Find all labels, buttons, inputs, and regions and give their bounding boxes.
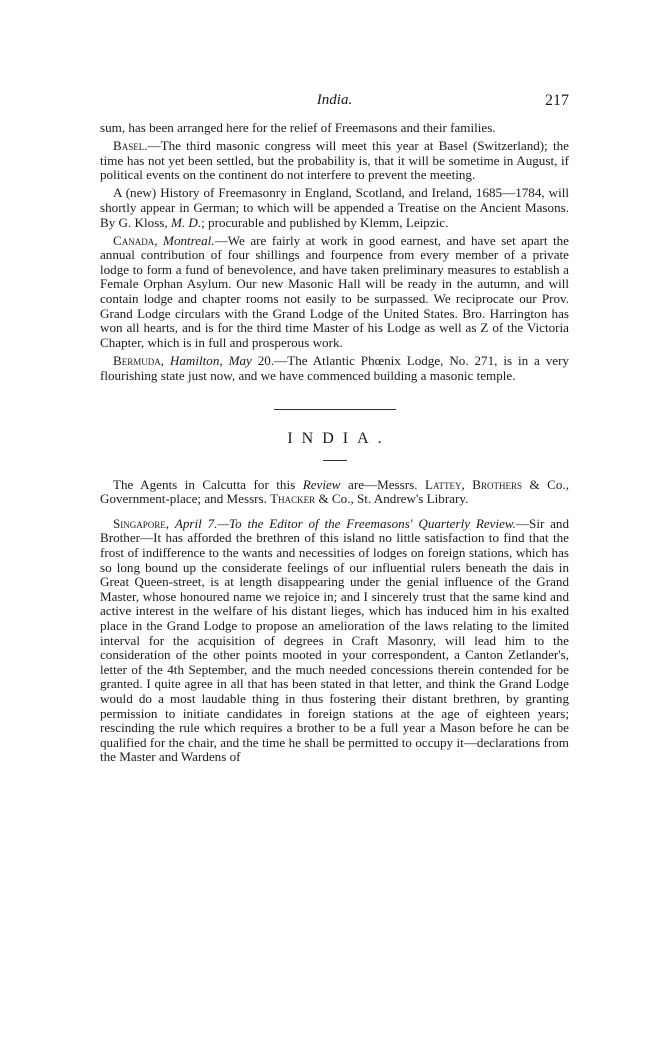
running-title: India. (100, 92, 569, 109)
paragraph-bermuda: Bermuda, Hamilton, May 20.—The Atlantic … (100, 354, 569, 383)
paragraph-italic: Review (303, 477, 341, 492)
paragraph-text: The Agents in Calcutta for this (113, 477, 303, 492)
paragraph-basel: Basel.—The third masonic congress will m… (100, 139, 569, 183)
page-body: sum, has been arranged here for the reli… (100, 121, 569, 765)
paragraph-lead: Basel. (113, 138, 148, 153)
paragraph-canada: Canada, Montreal.—We are fairly at work … (100, 234, 569, 351)
paragraph-history: A (new) History of Freemasonry in Englan… (100, 186, 569, 230)
paragraph-lead: Canada (113, 233, 154, 248)
running-head: India. 217 (100, 92, 569, 112)
document-page: India. 217 sum, has been arranged here f… (100, 92, 569, 768)
paragraph-text: —We are fairly at work in good earnest, … (100, 233, 569, 350)
paragraph-singapore: Singapore, April 7.—To the Editor of the… (100, 517, 569, 765)
page-number: 217 (545, 92, 569, 110)
section-title: INDIA. (100, 432, 569, 447)
paragraph-lead: Bermuda (113, 353, 161, 368)
section-divider (274, 409, 396, 410)
paragraph-place: Hamilton (170, 353, 219, 368)
paragraph-month: May (229, 353, 252, 368)
paragraph-text: ; procurable and published by Klemm, Lei… (201, 215, 448, 230)
paragraph-italic: M. D. (171, 215, 201, 230)
firm-name: Thacker (270, 491, 315, 506)
firm-name: Lattey, Brothers (425, 477, 522, 492)
paragraph-agents: The Agents in Calcutta for this Review a… (100, 478, 569, 507)
paragraph-text: —The third masonic congress will meet th… (100, 138, 569, 182)
paragraph-continuation: sum, has been arranged here for the reli… (100, 121, 569, 136)
paragraph-text: & Co., St. Andrew's Library. (315, 491, 468, 506)
paragraph-text: are—Messrs. (341, 477, 425, 492)
title-underline (323, 460, 347, 461)
paragraph-text: —Sir and Brother—It has afforded the bre… (100, 516, 569, 765)
paragraph-italic: April 7.—To the Editor of the Freemasons… (175, 516, 516, 531)
paragraph-lead: Singapore (113, 516, 166, 531)
paragraph-place: Montreal. (163, 233, 215, 248)
